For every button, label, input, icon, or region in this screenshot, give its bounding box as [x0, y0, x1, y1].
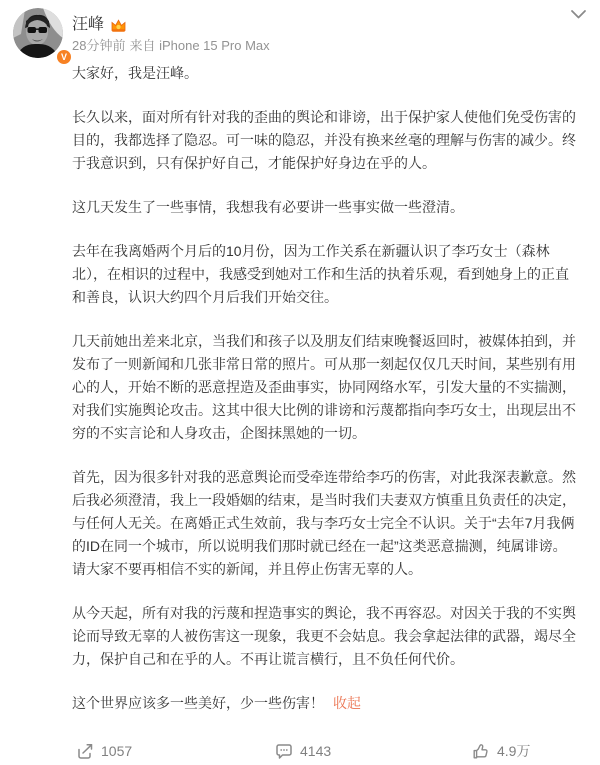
comment-count: 4143 — [300, 738, 331, 765]
action-bar: 1057 4143 4.9万 — [0, 738, 600, 765]
post-paragraph: 这几天发生了一些事情，我想我有必要讲一些事实做一些澄清。 — [72, 196, 576, 219]
post-paragraph: 从今天起，所有对我的污蔑和捏造事实的舆论，我不再容忍。对因关于我的不实舆论而导致… — [72, 602, 576, 671]
post-meta: 28分钟前来自 iPhone 15 Pro Max — [72, 38, 270, 53]
timestamp[interactable]: 28分钟前 — [72, 38, 125, 53]
repost-button[interactable]: 1057 — [76, 738, 132, 765]
post-paragraph-text: 这个世界应该多一些美好，少一些伤害！ — [72, 695, 324, 711]
repost-count: 1057 — [101, 738, 132, 765]
verified-v-badge-icon: V — [55, 48, 73, 66]
post-paragraph: 长久以来，面对所有针对我的歪曲的舆论和诽谤，出于保护家人使他们免受伤害的目的，我… — [72, 106, 576, 175]
repost-icon — [76, 743, 94, 760]
comment-icon — [275, 743, 293, 760]
post-source: 来自 iPhone 15 Pro Max — [129, 38, 269, 53]
post-text: 大家好，我是汪峰。 长久以来，面对所有针对我的歪曲的舆论和诽谤，出于保护家人使他… — [72, 62, 576, 715]
avatar-photo — [13, 8, 63, 58]
post-paragraph: 几天前她出差来北京，当我们和孩子以及朋友们结束晚餐返回时，被媒体拍到，并发布了一… — [72, 330, 576, 445]
comment-button[interactable]: 4143 — [275, 738, 331, 765]
post-paragraph: 首先，因为很多针对我的恶意舆论而受牵连带给李巧的伤害，对此我深表歉意。然后我必须… — [72, 466, 576, 581]
weibo-post-card: V 汪峰 28分钟前来自 iPhone 15 Pro Max 大家好，我是汪峰。… — [0, 0, 600, 765]
post-paragraph: 大家好，我是汪峰。 — [72, 62, 576, 85]
chevron-down-icon[interactable] — [570, 9, 587, 20]
thumbs-up-icon — [472, 743, 490, 760]
like-count: 4.9万 — [497, 738, 530, 765]
collapse-link[interactable]: 收起 — [333, 695, 361, 711]
post-paragraph-last: 这个世界应该多一些美好，少一些伤害！收起 — [72, 692, 576, 715]
avatar[interactable]: V — [13, 8, 63, 58]
vip-crown-icon — [110, 18, 127, 33]
like-button[interactable]: 4.9万 — [472, 738, 530, 765]
post-paragraph: 去年在我离婚两个月后的10月份，因为工作关系在新疆认识了李巧女士（森林北），在相… — [72, 240, 576, 309]
user-name-row: 汪峰 — [72, 15, 127, 35]
username[interactable]: 汪峰 — [72, 15, 104, 35]
